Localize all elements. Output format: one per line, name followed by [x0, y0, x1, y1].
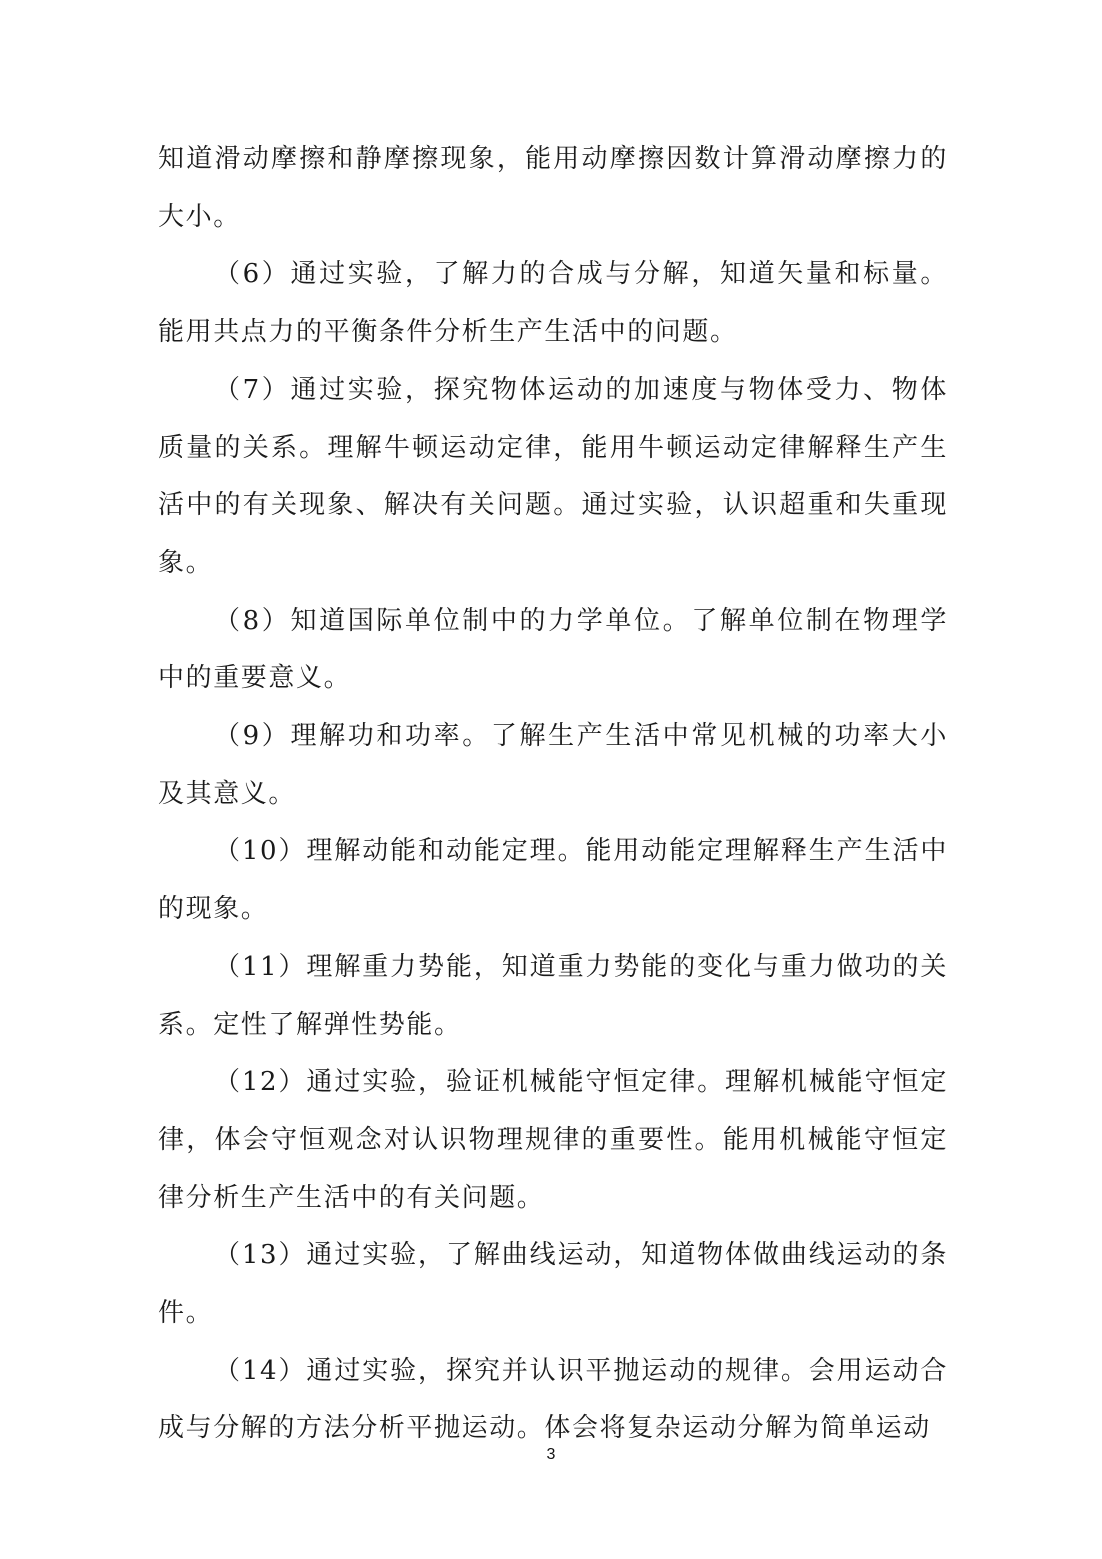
paragraph-item-12: （12）通过实验，验证机械能守恒定律。理解机械能守恒定律，体会守恒观念对认识物理…	[158, 1054, 948, 1227]
document-body: 知道滑动摩擦和静摩擦现象，能用动摩擦因数计算滑动摩擦力的大小。 （6）通过实验，…	[158, 131, 948, 1458]
page-number: 3	[0, 1446, 1102, 1464]
paragraph-item-13: （13）通过实验，了解曲线运动，知道物体做曲线运动的条件。	[158, 1227, 948, 1342]
document-page: 知道滑动摩擦和静摩擦现象，能用动摩擦因数计算滑动摩擦力的大小。 （6）通过实验，…	[0, 0, 1102, 1559]
paragraph-friction-continued: 知道滑动摩擦和静摩擦现象，能用动摩擦因数计算滑动摩擦力的大小。	[158, 131, 948, 246]
paragraph-item-8: （8）知道国际单位制中的力学单位。了解单位制在物理学中的重要意义。	[158, 593, 948, 708]
paragraph-item-14: （14）通过实验，探究并认识平抛运动的规律。会用运动合成与分解的方法分析平抛运动…	[158, 1343, 948, 1458]
paragraph-item-10: （10）理解动能和动能定理。能用动能定理解释生产生活中的现象。	[158, 823, 948, 938]
paragraph-item-6: （6）通过实验，了解力的合成与分解，知道矢量和标量。能用共点力的平衡条件分析生产…	[158, 246, 948, 361]
paragraph-item-9: （9）理解功和功率。了解生产生活中常见机械的功率大小及其意义。	[158, 708, 948, 823]
paragraph-item-11: （11）理解重力势能，知道重力势能的变化与重力做功的关系。定性了解弹性势能。	[158, 939, 948, 1054]
paragraph-item-7: （7）通过实验，探究物体运动的加速度与物体受力、物体质量的关系。理解牛顿运动定律…	[158, 362, 948, 593]
